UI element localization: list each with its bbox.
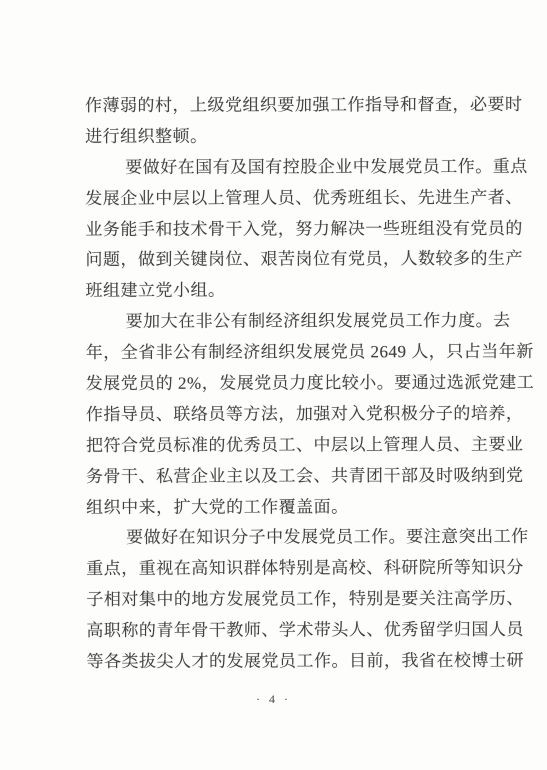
text-line: 等各类拔尖人才的发展党员工作。目前，我省在校博士研 bbox=[86, 646, 464, 678]
page-number: · 4 · bbox=[0, 692, 547, 707]
text-line: 要做好在知识分子中发展党员工作。要注意突出工作 bbox=[86, 522, 464, 554]
text-line: 班组建立党小组。 bbox=[85, 275, 463, 307]
text-line: 子相对集中的地方发展党员工作，特别是要关注高学历、 bbox=[86, 584, 464, 616]
text-line: 发展企业中层以上管理人员、优秀班组长、先进生产者、 bbox=[85, 183, 463, 215]
text-line: 问题，做到关键岗位、艰苦岗位有党员，人数较多的生产 bbox=[85, 244, 463, 276]
text-line: 进行组织整顿。 bbox=[85, 121, 463, 153]
text-line: 作指导员、联络员等方法，加强对入党积极分子的培养， bbox=[86, 399, 464, 431]
text-line: 年，全省非公有制经济组织发展党员 2649 人，只占当年新 bbox=[86, 337, 464, 369]
text-line: 要加大在非公有制经济组织发展党员工作力度。去 bbox=[86, 306, 464, 338]
document-body-text: 作薄弱的村，上级党组织要加强工作指导和督查，必要时进行组织整顿。要做好在国有及国… bbox=[85, 90, 465, 678]
text-line: 作薄弱的村，上级党组织要加强工作指导和督查，必要时 bbox=[85, 90, 463, 122]
document-page: 作薄弱的村，上级党组织要加强工作指导和督查，必要时进行组织整顿。要做好在国有及国… bbox=[0, 0, 547, 770]
text-line: 把符合党员标准的优秀员工、中层以上管理人员、主要业 bbox=[86, 430, 464, 462]
text-line: 重点，重视在高知识群体特别是高校、科研院所等知识分 bbox=[86, 553, 464, 585]
text-line: 高职称的青年骨干教师、学术带头人、优秀留学归国人员 bbox=[86, 615, 464, 647]
text-line: 务骨干、私营企业主以及工会、共青团干部及时吸纳到党 bbox=[86, 461, 464, 493]
text-line: 要做好在国有及国有控股企业中发展党员工作。重点 bbox=[85, 152, 463, 184]
text-line: 业务能手和技术骨干入党，努力解决一些班组没有党员的 bbox=[85, 214, 463, 246]
text-line: 组织中来，扩大党的工作覆盖面。 bbox=[86, 492, 464, 524]
text-line: 发展党员的 2%，发展党员力度比较小。要通过选派党建工 bbox=[86, 368, 464, 400]
